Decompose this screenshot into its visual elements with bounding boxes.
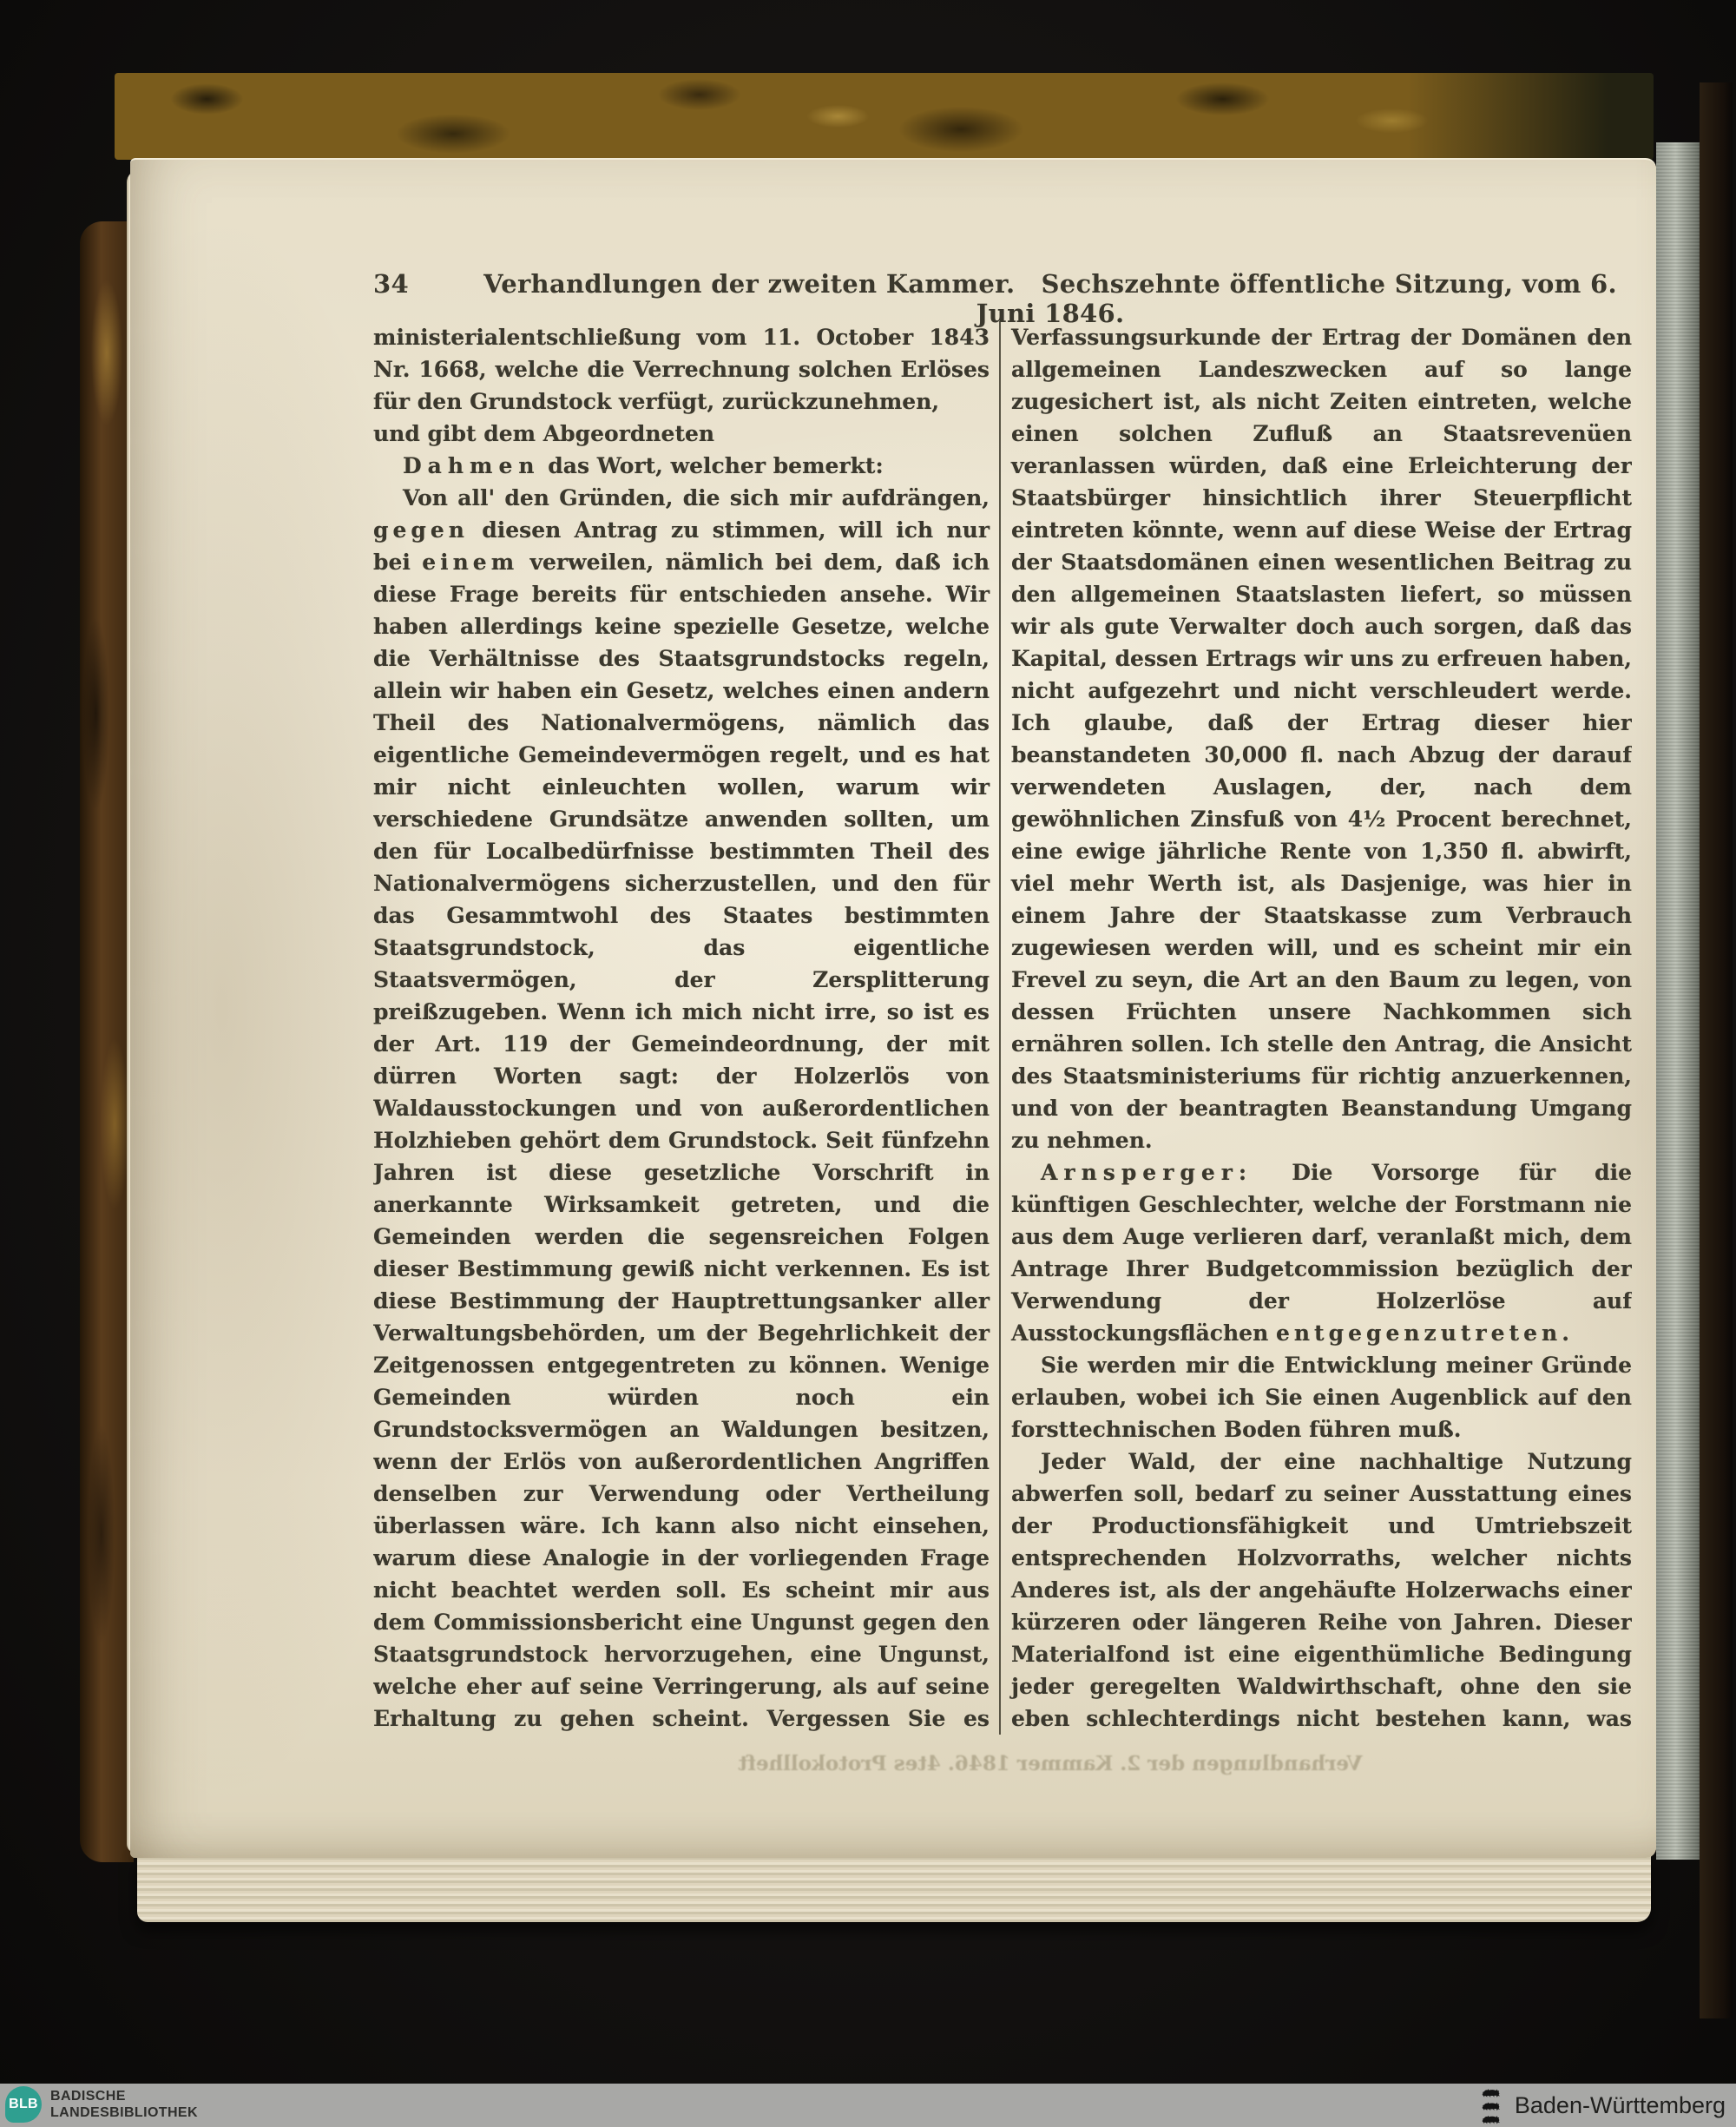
- state-label: Baden-Württemberg: [1515, 2092, 1726, 2119]
- page-stack-bottom-edge: [137, 1854, 1651, 1922]
- three-lions-coat-of-arms-icon: [1478, 2085, 1504, 2125]
- running-title: Verhandlungen der zweiten Kammer.Sechsze…: [469, 269, 1632, 328]
- emphasized-word: gegen: [373, 517, 469, 543]
- book-cover-right: [1700, 82, 1733, 2018]
- paragraph-continuation: Verfassungsurkunde der Ertrag der Domäne…: [1011, 321, 1632, 1156]
- column-right: Verfassungsurkunde der Ertrag der Domäne…: [1011, 321, 1632, 1735]
- paragraph-speaker-line: Dahmen das Wort, welcher bemerkt:: [373, 450, 990, 482]
- library-name: BADISCHE LANDESBIBLIOTHEK: [50, 2088, 198, 2121]
- running-title-left: Verhandlungen der zweiten Kammer.: [483, 269, 1015, 299]
- speech-text: Von all' den Gründen, die sich mir aufdr…: [403, 485, 990, 510]
- page-number: 34: [373, 269, 469, 299]
- blb-badge-icon: BLB: [5, 2086, 42, 2123]
- paragraph-speech: Von all' den Gründen, die sich mir aufdr…: [373, 482, 990, 1735]
- book-cover-left: [80, 221, 134, 1862]
- branding-footer-bar: BLB BADISCHE LANDESBIBLIOTHEK Baden-Würt…: [0, 2084, 1736, 2127]
- running-title-right: Sechszehnte öffentliche Sitzung, vom 6. …: [976, 269, 1617, 328]
- speech-text: verweilen, nämlich bei dem, daß ich dies…: [373, 550, 990, 1735]
- column-gap: [990, 321, 1011, 1735]
- text-columns: ministerialentschließung vom 11. October…: [373, 321, 1632, 1735]
- paragraph-wald: Jeder Wald, der eine nachhaltige Nutzung…: [1011, 1445, 1632, 1735]
- speaker-rest: das Wort, welcher bemerkt:: [541, 453, 884, 478]
- column-divider-rule: [999, 321, 1001, 1735]
- speech-text: .: [1562, 1320, 1569, 1346]
- speech-text: Die Vorsorge für die künftigen Geschlech…: [1011, 1160, 1632, 1346]
- column-left: ministerialentschließung vom 11. October…: [373, 321, 990, 1735]
- emphasized-word: entgegenzutreten: [1276, 1320, 1562, 1346]
- paragraph-entwicklung: Sie werden mir die Entwicklung meiner Gr…: [1011, 1349, 1632, 1445]
- library-name-line1: BADISCHE: [50, 2088, 198, 2104]
- paragraph-resolution-tail: und gibt dem Abgeordneten: [373, 418, 990, 450]
- book-top-edge-marbled: [115, 73, 1654, 160]
- speaker-name: Arnsperger:: [1041, 1160, 1253, 1185]
- bleedthrough-ghost-text: Verhandlungen der 2. Kammer 1846. 4tes P…: [512, 1752, 1588, 1775]
- scanned-page: 34 Verhandlungen der zweiten Kammer.Sech…: [130, 158, 1656, 1858]
- page-header: 34 Verhandlungen der zweiten Kammer.Sech…: [373, 269, 1632, 328]
- baden-wuerttemberg-logo: Baden-Württemberg: [1478, 2085, 1726, 2125]
- paragraph-arnsperger: Arnsperger: Die Vorsorge für die künftig…: [1011, 1156, 1632, 1349]
- library-name-line2: LANDESBIBLIOTHEK: [50, 2104, 198, 2121]
- book-fore-edge-right: [1656, 142, 1705, 1860]
- blb-logo: BLB BADISCHE LANDESBIBLIOTHEK: [5, 2086, 198, 2123]
- digitized-book-scan: 34 Verhandlungen der zweiten Kammer.Sech…: [0, 0, 1736, 2127]
- emphasized-word: einem: [422, 550, 518, 575]
- paragraph-resolution: ministerialentschließung vom 11. October…: [373, 321, 990, 418]
- speaker-name: Dahmen: [403, 453, 541, 478]
